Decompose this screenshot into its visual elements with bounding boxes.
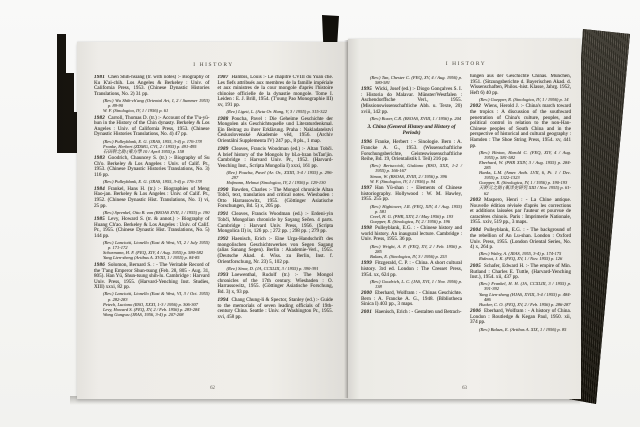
running-head-left: I HISTORY [94, 62, 333, 68]
right-page: I HISTORY (Rev.) Tan, Chester C. (FEQ, X… [348, 39, 581, 399]
review-line: (Rev.) Ligeti, L. (Acta Or. Hung, V, 3 /… [227, 109, 334, 114]
entry-number: 1997 [361, 185, 372, 191]
entry-text: 1989Cleaves, Francis Woodman (ed.) :- Al… [218, 147, 334, 169]
entry-continuation: tungen aus der Geschichte Chinas. Münche… [470, 74, 571, 102]
bib-entry: 1988Poucha, Pavel : Die Geheime Geschich… [218, 117, 334, 145]
review-list: (Rev.) Sprenkel, Otto B. van (BSOAS XVII… [94, 210, 210, 215]
review-list: (Rev.) Poucha, Pavel (Ar. Or., XXIII, 3-… [218, 170, 334, 185]
entry-number: 1995 [361, 86, 372, 92]
bib-entry: 1995Wicki, Josef (ed.) :- Diogo Gonçalve… [361, 87, 462, 121]
review-list: (Rev.) Frankel, H. H. (JA, CCXLIII, 3 / … [470, 281, 571, 306]
bib-entry: 2005Schafer, Edward H. :- The empire of … [470, 264, 571, 307]
bib-entry: 1999Fitzgerald, C. P. : - China. A short… [361, 261, 462, 289]
review-list: (Rev.) Pulleyblank, E. G. (JRAS, 1955, 3… [94, 139, 210, 154]
review-line: 天野元之助 (東洋史研究 XIII / Nov. 1955) p. 61-62 [479, 185, 571, 195]
review-line: (Rev.) Wu Shih-ch'ang (Oriental Art, I, … [103, 98, 210, 108]
entry-number: 1985 [94, 216, 105, 222]
review-list: (Rev.) Lanciotti, Lionello (East & West,… [94, 240, 210, 260]
left-page-column-2: 1987Hambis, Louis :- Le chapitre CVIII d… [218, 75, 334, 383]
right-page-column-1: (Rev.) Tan, Chester C. (FEQ, XV, 4 / Aug… [361, 74, 462, 390]
entry-text: 1984Frankel, Hans H. (tr.) :- Biographie… [94, 187, 210, 209]
entry-text: 1982Carroll, Thomas D. (tr.) :- Account … [94, 116, 210, 138]
entry-text: 2003Maspero, Henri : - La Chine antique.… [470, 198, 571, 226]
entry-text: 1986Solomon, Bernard S. : - The Veritabl… [94, 263, 210, 291]
entry-text: 1987Hambis, Louis :- Le chapitre CVIII d… [218, 75, 334, 109]
review-line: (Rev.) Lanciotti, Lionello (East & West,… [103, 240, 210, 250]
entry-text: 2001Haenisch, Erich : - Gestalten und Be… [361, 310, 462, 316]
entry-number: 1981 [94, 75, 105, 80]
review-line: Yang Lien-sheng (HJAS, XVIII, 3-4 / 1955… [479, 292, 571, 302]
entry-text: 2002Wiens, Herold J. :- China's march to… [470, 104, 571, 149]
entry-number: 1989 [218, 146, 229, 152]
review-line: (Rev.) Hightower, J.R. (FEQ, XIV, 4 / Au… [370, 204, 462, 214]
entry-text: 1997Han Yü-shan : - Elements of Chinese … [361, 186, 462, 203]
left-page: I HISTORY 1981Chen Shih-hsiang (tr. with… [77, 42, 348, 399]
entry-number: 1988 [218, 116, 229, 122]
review-line: (Rev.) Goepper, R. (Sinologica, IV, 1 / … [479, 97, 571, 102]
review-list: (Rev.) Balazs, E. (Artibus A. XIX, 1 / 1… [470, 327, 571, 332]
review-line: (Rev.) Balazs, E. (Artibus A. XIX, 1 / 1… [479, 327, 571, 332]
review-list: (Rev.) Hightower, J.R. (FEQ, XIV, 4 / Au… [361, 204, 462, 224]
review-line: Wang Gungwu (JRAS, 1956, 3-4) p. 207-208 [103, 312, 210, 317]
review-list: (Rev.) Waley, A. (JRAS, 1955, 3-4) p. 17… [470, 251, 571, 261]
bib-entry: 2006Eberhard, Wolfram : - A history of C… [470, 309, 571, 331]
entry-text: 1988Poucha, Pavel : Die Geheime Geschich… [218, 117, 334, 145]
review-line: Rideout, J. K. (FEQ, XV, 1 / Nov. 1955) … [479, 256, 571, 261]
entry-text: 1991Cleaves, Francis Woodman (ed.) :- Er… [218, 212, 334, 234]
review-list: (Rev.) Pulleyblank, E. G. (JRAS, 1955, 3… [94, 179, 210, 184]
entry-number: 1983 [94, 155, 105, 161]
entry-text: 2004Pulleyblank, E.G. : - The background… [470, 228, 571, 250]
bib-entry: 1989Cleaves, Francis Woodman (ed.) :- Al… [218, 147, 334, 185]
bib-entry: 1984Frankel, Hans H. (tr.) :- Biographie… [94, 187, 210, 215]
review-line: (Rev.) Frankel, H. H. (JA, CCXLIII, 3 / … [479, 281, 571, 291]
entry-text: 1985Levy, Howard S. (tr. & annot.) :- Bi… [94, 217, 210, 239]
review-line: (Rev.) Lanciotti, Lionello (East & West,… [103, 291, 210, 301]
review-list: (Rev.) Lanciotti, Lionello (East & West,… [94, 291, 210, 316]
review-list: (Rev.) Hinton, Harold C. (FEQ, XIV, 4 / … [470, 150, 571, 196]
bib-entry: 1981Chen Shih-hsiang (tr. with notes) :-… [94, 75, 210, 113]
review-list: (Rev.) Bertuccioli, Giuliano (RSO, XXX, … [361, 163, 462, 183]
entry-text: 2000Eberhard, Wolfram : - Chinas Geschic… [361, 291, 462, 308]
entry-number: 1998 [361, 225, 372, 231]
entry-number: 1992 [218, 236, 229, 242]
entry-text: 1996Franke, Herbert : - Sinologie. Bern … [361, 140, 462, 162]
review-line: (Rev.) Pulleyblank, E. G. (JRAS, 1955, 3… [103, 179, 210, 184]
running-head-right: I HISTORY [361, 61, 571, 67]
entry-number: 2002 [470, 103, 481, 109]
review-line: (Rev.) Hinton, Harold C. (FEQ, XIV, 4 / … [479, 150, 571, 160]
bib-entry: 1987Hambis, Louis :- Le chapitre CVIII d… [218, 75, 334, 114]
page-number-left: 62 [77, 386, 348, 391]
entry-number: 1993 [218, 272, 229, 278]
bib-entry: 1990Bawden, Charles :- The Mongol chroni… [218, 188, 334, 210]
entry-number: 1991 [218, 211, 229, 217]
review-line: Hucker, C. O. (FEQ, XV, 2 / Feb. 1956) p… [479, 302, 571, 307]
bib-entry: 1998Pulleyblank, E.G. : - Chinese histor… [361, 226, 462, 259]
bib-entry: 1996Franke, Herbert : - Sinologie. Bern … [361, 140, 462, 183]
review-line: W. F. (Sinologica, IV, 1 / 1956) p. 94 [370, 179, 462, 184]
review-line: (Rev.) Tan, Chester C. (FEQ, XV, 4 / Aug… [370, 75, 462, 85]
entry-number: 2003 [470, 197, 481, 203]
review-line: Hanks, L.M. (Amer. Anth. LVII, 6, Pt. 1 … [479, 170, 571, 180]
review-list: (Rev.) Wright, A. F. (FEQ, XV, 2 / Feb. … [361, 244, 462, 259]
right-page-columns: (Rev.) Tan, Chester C. (FEQ, XV, 4 / Aug… [361, 74, 571, 390]
entry-number: 1984 [94, 186, 105, 192]
bib-entry: 1997Han Yü-shan : - Elements of Chinese … [361, 186, 462, 224]
bib-entry: 1992Haenisch, Erich :- Eine Urga-Handsch… [218, 237, 334, 271]
review-line: Eberhard, W. (PHR XXIV, 3 / Aug. 1955) p… [479, 160, 571, 170]
review-list: (Rev.) Wu Shih-ch'ang (Oriental Art, I, … [94, 98, 210, 113]
review-line: W. F. (Sinologica, IV, 1 / 1956) p. 61 [103, 108, 210, 113]
bib-entry: 1994Chang Chung-li & Spector, Stanley (e… [218, 298, 334, 320]
entry-text: 1981Chen Shih-hsiang (tr. with notes) :-… [94, 75, 210, 97]
entry-number: 2000 [361, 290, 372, 296]
entry-text: 2006Eberhard, Wolfram : - A history of C… [470, 309, 571, 326]
review-line: Yang Lien-sheng (Artibus A. XVIII, 1 / 1… [103, 255, 210, 260]
bib-entry: 2002Wiens, Herold J. :- China's march to… [470, 104, 571, 195]
bib-entry: 1982Carroll, Thomas D. (tr.) :- Account … [94, 116, 210, 154]
review-list: (Rev.) Boxer, C.R. (BSOAS, XVIII, 1 / 19… [361, 116, 462, 121]
bib-entry: 1993Loewenthal, Rudolf (tr.) :- The Mong… [218, 273, 334, 295]
entry-text: 1992Haenisch, Erich :- Eine Urga-Handsch… [218, 237, 334, 265]
entry-number: 1982 [94, 115, 105, 121]
entry-number: 2006 [470, 308, 481, 314]
entry-number: 1987 [218, 75, 229, 80]
review-list: (Rev.) Ligeti, L. (Acta Or. Hung, V, 3 /… [218, 109, 334, 114]
review-line: 石田幹之助 (東方學 10 / April 1955) p. 158 [103, 149, 210, 154]
entry-text: 1993Loewenthal, Rudolf (tr.) :- The Mong… [218, 273, 334, 295]
review-line: (Rev.) Bertuccioli, Giuliano (RSO, XXX, … [370, 163, 462, 173]
left-page-columns: 1981Chen Shih-hsiang (tr. with notes) :-… [94, 75, 333, 383]
bib-entry: 2000Eberhard, Wolfram : - Chinas Geschic… [361, 291, 462, 308]
entry-number: 1990 [218, 187, 229, 193]
entry-text: 2005Schafer, Edward H. :- The empire of … [470, 264, 571, 281]
entry-text: 1995Wicki, Josef (ed.) :- Diogo Gonçalve… [361, 87, 462, 115]
bib-entry: 2001Haenisch, Erich : - Gestalten und Be… [361, 310, 462, 316]
bib-entry: 2004Pulleyblank, E.G. : - The background… [470, 228, 571, 261]
bib-entry: 1985Levy, Howard S. (tr. & annot.) :- Bi… [94, 217, 210, 260]
entry-number: 1999 [361, 260, 372, 266]
left-page-column-1: 1981Chen Shih-hsiang (tr. with notes) :-… [94, 75, 210, 383]
bib-entry: 1991Cleaves, Francis Woodman (ed.) :- Er… [218, 212, 334, 234]
bib-entry: 1983Goodrich, Chauncey S. (tr.) :- Biogr… [94, 156, 210, 184]
review-line: (Rev.) Poucha, Pavel (Ar. Or., XXIII, 3-… [227, 170, 334, 180]
review-list: (Rev.) Goodrich, L. C. (JAS, XVI, 1 / No… [361, 279, 462, 289]
review-list: (Rev.) Goepper, R. (Sinologica, IV, 1 / … [470, 97, 571, 102]
review-line: Hofmann, Helmut (Sinologica, IV, 2 / 195… [227, 180, 334, 185]
section-heading: 3. China (General History and History of… [365, 125, 458, 137]
entry-text-continued: tungen aus der Geschichte Chinas. Münche… [470, 74, 571, 96]
entry-number: 2001 [361, 309, 372, 315]
review-list: (Rev.) Sinor, D. (JA, CCXLIII, 3 / 1955)… [218, 266, 334, 271]
right-page-column-2: tungen aus der Geschichte Chinas. Münche… [470, 74, 571, 390]
review-list: (Rev.) Tan, Chester C. (FEQ, XV, 4 / Aug… [361, 75, 462, 85]
review-line: (Rev.) Goodrich, L. C. (JAS, XVI, 1 / No… [370, 279, 462, 289]
entry-text: 1990Bawden, Charles :- The Mongol chroni… [218, 188, 334, 210]
entry-continuation: (Rev.) Tan, Chester C. (FEQ, XV, 4 / Aug… [361, 75, 462, 85]
review-line: (Rev.) Sinor, D. (JA, CCXLIII, 3 / 1955)… [227, 266, 334, 271]
entry-text: 1998Pulleyblank, E.G. : - Chinese histor… [361, 226, 462, 243]
review-line: (Rev.) Sprenkel, Otto B. van (BSOAS XVII… [103, 210, 210, 215]
entry-number: 2004 [470, 227, 481, 233]
book-photo: I HISTORY 1981Chen Shih-hsiang (tr. with… [0, 0, 640, 427]
bib-entry: 1986Solomon, Bernard S. : - The Veritabl… [94, 263, 210, 317]
page-number-right: 63 [348, 386, 581, 391]
bib-entry: 2003Maspero, Henri : - La Chine antique.… [470, 198, 571, 226]
entry-text: 1994Chang Chung-li & Spector, Stanley (e… [218, 298, 334, 320]
review-line: Goepper, R. (Sinologica, IV, 2 / 1956) p… [370, 219, 462, 224]
entry-number: 1994 [218, 297, 229, 303]
review-line: (Rev.) Boxer, C.R. (BSOAS, XVIII, 1 / 19… [370, 116, 462, 121]
review-line: Balazs, E. (Sinologica, IV, 3 / 1956) p.… [370, 254, 462, 259]
entry-text: 1983Goodrich, Chauncey S. (tr.) :- Biogr… [94, 156, 210, 178]
review-line: (Rev.) Pulleyblank, E. G. (JRAS, 1955, 3… [103, 139, 210, 144]
entry-number: 2005 [470, 263, 481, 269]
entry-text: 1999Fitzgerald, C. P. : - China. A short… [361, 261, 462, 278]
review-line: (Rev.) Wright, A. F. (FEQ, XV, 2 / Feb. … [370, 244, 462, 254]
entry-number: 1996 [361, 139, 372, 145]
entry-number: 1986 [94, 262, 105, 268]
